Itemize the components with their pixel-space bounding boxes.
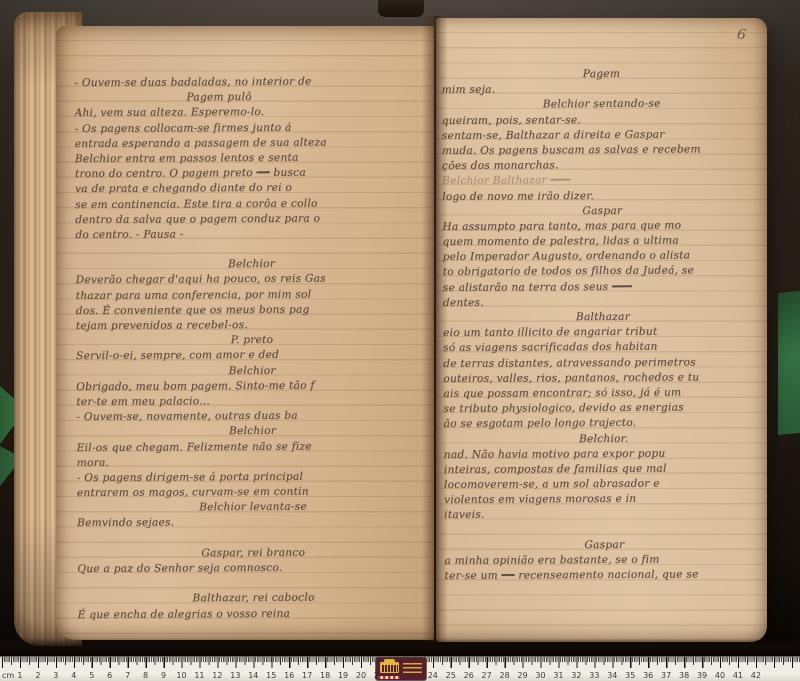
right-page: 6 Pagemmim seja.Belchior sentando-sequei… [436, 18, 767, 642]
ruler-number: 8 [143, 671, 148, 680]
left-page: - Ouvem-se duas badaladas, no interior d… [56, 26, 434, 640]
ruler-number: 31 [553, 671, 563, 680]
ruler-number: 27 [482, 671, 492, 680]
ruler-number: 37 [661, 671, 671, 680]
page-number: 6 [736, 26, 747, 43]
green-ribbon-right [778, 291, 800, 435]
right-page-handwriting: Pagemmim seja.Belchior sentando-sequeira… [441, 66, 764, 584]
ruler-number: 25 [446, 671, 456, 680]
ruler-number: 35 [625, 671, 635, 680]
ruler-number: 1 [17, 671, 22, 680]
handwritten-line: ter-se um ━━ recenseamento nacional, que… [444, 567, 764, 584]
ruler-number: 2 [35, 671, 40, 680]
archive-logo [376, 658, 426, 680]
ruler-number: 40 [715, 671, 725, 680]
left-page-handwriting: - Ouvem-se duas badaladas, no interior d… [74, 74, 429, 623]
ruler-number: 28 [500, 671, 510, 680]
ruler-number: 26 [464, 671, 474, 680]
ruler-number: 3 [53, 671, 58, 680]
ruler-number: 29 [517, 671, 527, 680]
book-edge-shadow [0, 638, 800, 657]
ruler-number: 15 [266, 671, 276, 680]
ruler-number: 17 [302, 671, 312, 680]
ruler-number: 9 [161, 671, 166, 680]
ruler-number: 30 [535, 671, 545, 680]
ruler-number: 41 [733, 671, 743, 680]
ruler-number: 42 [751, 671, 761, 680]
ruler-number: 6 [107, 671, 112, 680]
ruler-number: 38 [679, 671, 689, 680]
ruler-number: 32 [571, 671, 581, 680]
ruler-unit-label: cm [2, 671, 14, 680]
book-gutter-shadow [422, 16, 448, 642]
handwritten-line: Belchior Balthazar ━━━ [442, 172, 762, 189]
manuscript-photograph: - Ouvem-se duas badaladas, no interior d… [0, 0, 800, 681]
ruler-number: 7 [125, 671, 130, 680]
ruler-number: 16 [284, 671, 294, 680]
ruler-number: 39 [697, 671, 707, 680]
ruler-number: 11 [194, 671, 204, 680]
ruler-number: 33 [589, 671, 599, 680]
ruler-number: 13 [230, 671, 240, 680]
ruler-number: 4 [71, 671, 76, 680]
ruler-number: 5 [89, 671, 94, 680]
binding-strap [378, 0, 424, 17]
ruler-number: 20 [356, 671, 366, 680]
ruler-number: 34 [607, 671, 617, 680]
handwritten-line: É que encha de alegrias o vosso reina [78, 605, 430, 622]
ruler-number: 24 [428, 671, 438, 680]
ruler-number: 18 [320, 671, 330, 680]
ruler-number: 36 [643, 671, 653, 680]
ruler-number: 14 [248, 671, 258, 680]
ruler-number: 19 [338, 671, 348, 680]
ruler-number: 10 [176, 671, 186, 680]
logo-color-strip [378, 676, 400, 679]
library-building-icon [380, 662, 399, 673]
measuring-ruler: cm 1234567891011121314151617181920212223… [0, 656, 800, 681]
logo-text-lines [403, 663, 422, 675]
ruler-number: 12 [212, 671, 222, 680]
